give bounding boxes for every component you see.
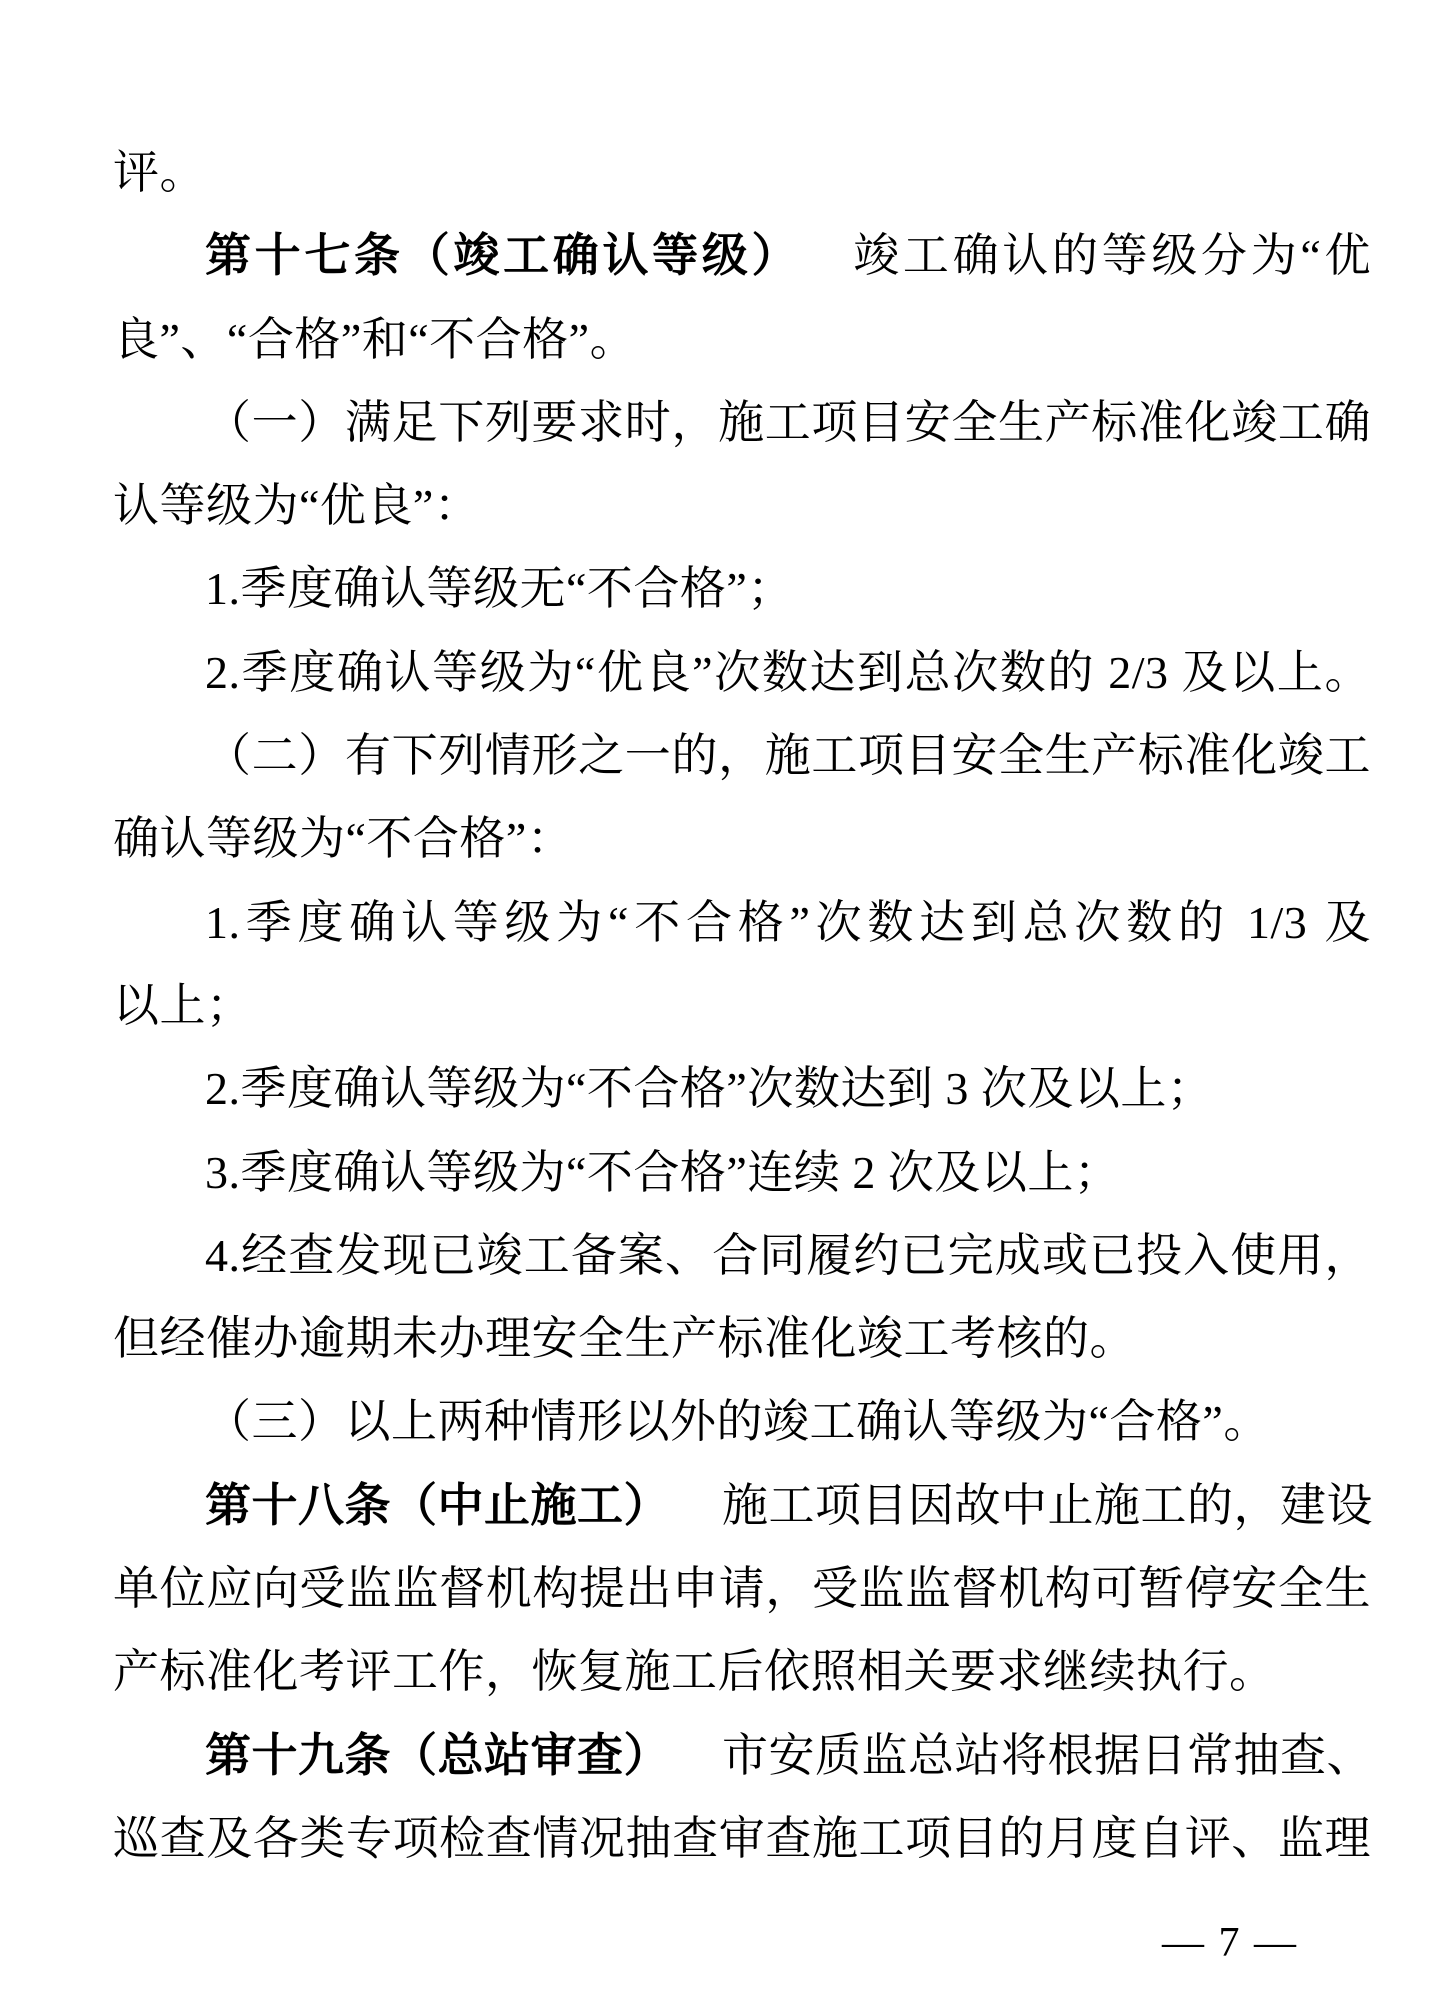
line-text: 巡查及各类专项检查情况抽查审查施工项目的月度自评、监理: [113, 1813, 1371, 1864]
text-line: 3.季度确认等级为“不合格”连续 2 次及以上；: [113, 1131, 1371, 1214]
article-18-heading: 第十八条（中止施工）: [205, 1480, 670, 1531]
text-line: 1.季度确认等级无“不合格”；: [113, 547, 1371, 630]
line-text: 但经催办逾期未办理安全生产标准化竣工考核的。: [113, 1313, 1136, 1364]
line-text: 1.季度确认等级为“不合格”次数达到总次数的 1/3 及: [205, 897, 1371, 948]
text-line: 确认等级为“不合格”：: [113, 797, 1371, 880]
page-number: — 7 —: [1162, 1922, 1298, 1964]
text-line: 第十九条（总站审查）市安质监总站将根据日常抽查、: [113, 1714, 1371, 1797]
line-text: 以上；: [113, 980, 253, 1031]
text-line: （三）以上两种情形以外的竣工确认等级为“合格”。: [113, 1380, 1371, 1463]
line-text: 竣工确认的等级分为“优: [853, 230, 1371, 281]
text-line: （一）满足下列要求时，施工项目安全生产标准化竣工确: [113, 381, 1371, 464]
text-line: 1.季度确认等级为“不合格”次数达到总次数的 1/3 及: [113, 881, 1371, 964]
text-line: 产标准化考评工作，恢复施工后依照相关要求继续执行。: [113, 1630, 1371, 1713]
line-text: 确认等级为“不合格”：: [113, 813, 573, 864]
text-line: 良”、“合格”和“不合格”。: [113, 298, 1371, 381]
article-17-heading: 第十七条（竣工确认等级）: [205, 230, 801, 281]
line-text: 产标准化考评工作，恢复施工后依照相关要求继续执行。: [113, 1646, 1276, 1697]
text-line: 2.季度确认等级为“不合格”次数达到 3 次及以上；: [113, 1047, 1371, 1130]
article-19-heading: 第十九条（总站审查）: [205, 1730, 670, 1781]
line-text: 3.季度确认等级为“不合格”连续 2 次及以上；: [205, 1147, 1120, 1198]
line-text: 市安质监总站将根据日常抽查、: [722, 1730, 1373, 1781]
line-text: （一）满足下列要求时，施工项目安全生产标准化竣工确: [205, 397, 1371, 448]
text-line: 认等级为“优良”：: [113, 464, 1371, 547]
line-text: 2.季度确认等级为“不合格”次数达到 3 次及以上；: [205, 1063, 1213, 1114]
line-text: 评。: [113, 147, 206, 198]
line-text: 2.季度确认等级为“优良”次数达到总次数的 2/3 及以上。: [205, 647, 1371, 698]
text-line: 4.经查发现已竣工备案、合同履约已完成或已投入使用，: [113, 1214, 1371, 1297]
document-page: 评。 第十七条（竣工确认等级）竣工确认的等级分为“优 良”、“合格”和“不合格”…: [0, 0, 1450, 2000]
line-text: 1.季度确认等级无“不合格”；: [205, 563, 794, 614]
text-line: 2.季度确认等级为“优良”次数达到总次数的 2/3 及以上。: [113, 631, 1371, 714]
document-body: 评。 第十七条（竣工确认等级）竣工确认的等级分为“优 良”、“合格”和“不合格”…: [113, 131, 1371, 1880]
line-text: 认等级为“优良”：: [113, 480, 480, 531]
line-text: 4.经查发现已竣工备案、合同履约已完成或已投入使用，: [205, 1230, 1371, 1281]
line-text: 单位应向受监监督机构提出申请，受监监督机构可暂停安全生: [113, 1563, 1371, 1614]
text-line: 巡查及各类专项检查情况抽查审查施工项目的月度自评、监理: [113, 1797, 1371, 1880]
line-text: （二）有下列情形之一的，施工项目安全生产标准化竣工: [205, 730, 1371, 781]
line-text: 良”、“合格”和“不合格”。: [113, 314, 636, 365]
text-line: 但经催办逾期未办理安全生产标准化竣工考核的。: [113, 1297, 1371, 1380]
line-text: （三）以上两种情形以外的竣工确认等级为“合格”。: [205, 1396, 1270, 1447]
text-line: 单位应向受监监督机构提出申请，受监监督机构可暂停安全生: [113, 1547, 1371, 1630]
text-line: 评。: [113, 131, 1371, 214]
text-line: 第十八条（中止施工）施工项目因故中止施工的，建设: [113, 1464, 1371, 1547]
text-line: 以上；: [113, 964, 1371, 1047]
line-text: 施工项目因故中止施工的，建设: [722, 1480, 1373, 1531]
text-line: 第十七条（竣工确认等级）竣工确认的等级分为“优: [113, 214, 1371, 297]
text-line: （二）有下列情形之一的，施工项目安全生产标准化竣工: [113, 714, 1371, 797]
